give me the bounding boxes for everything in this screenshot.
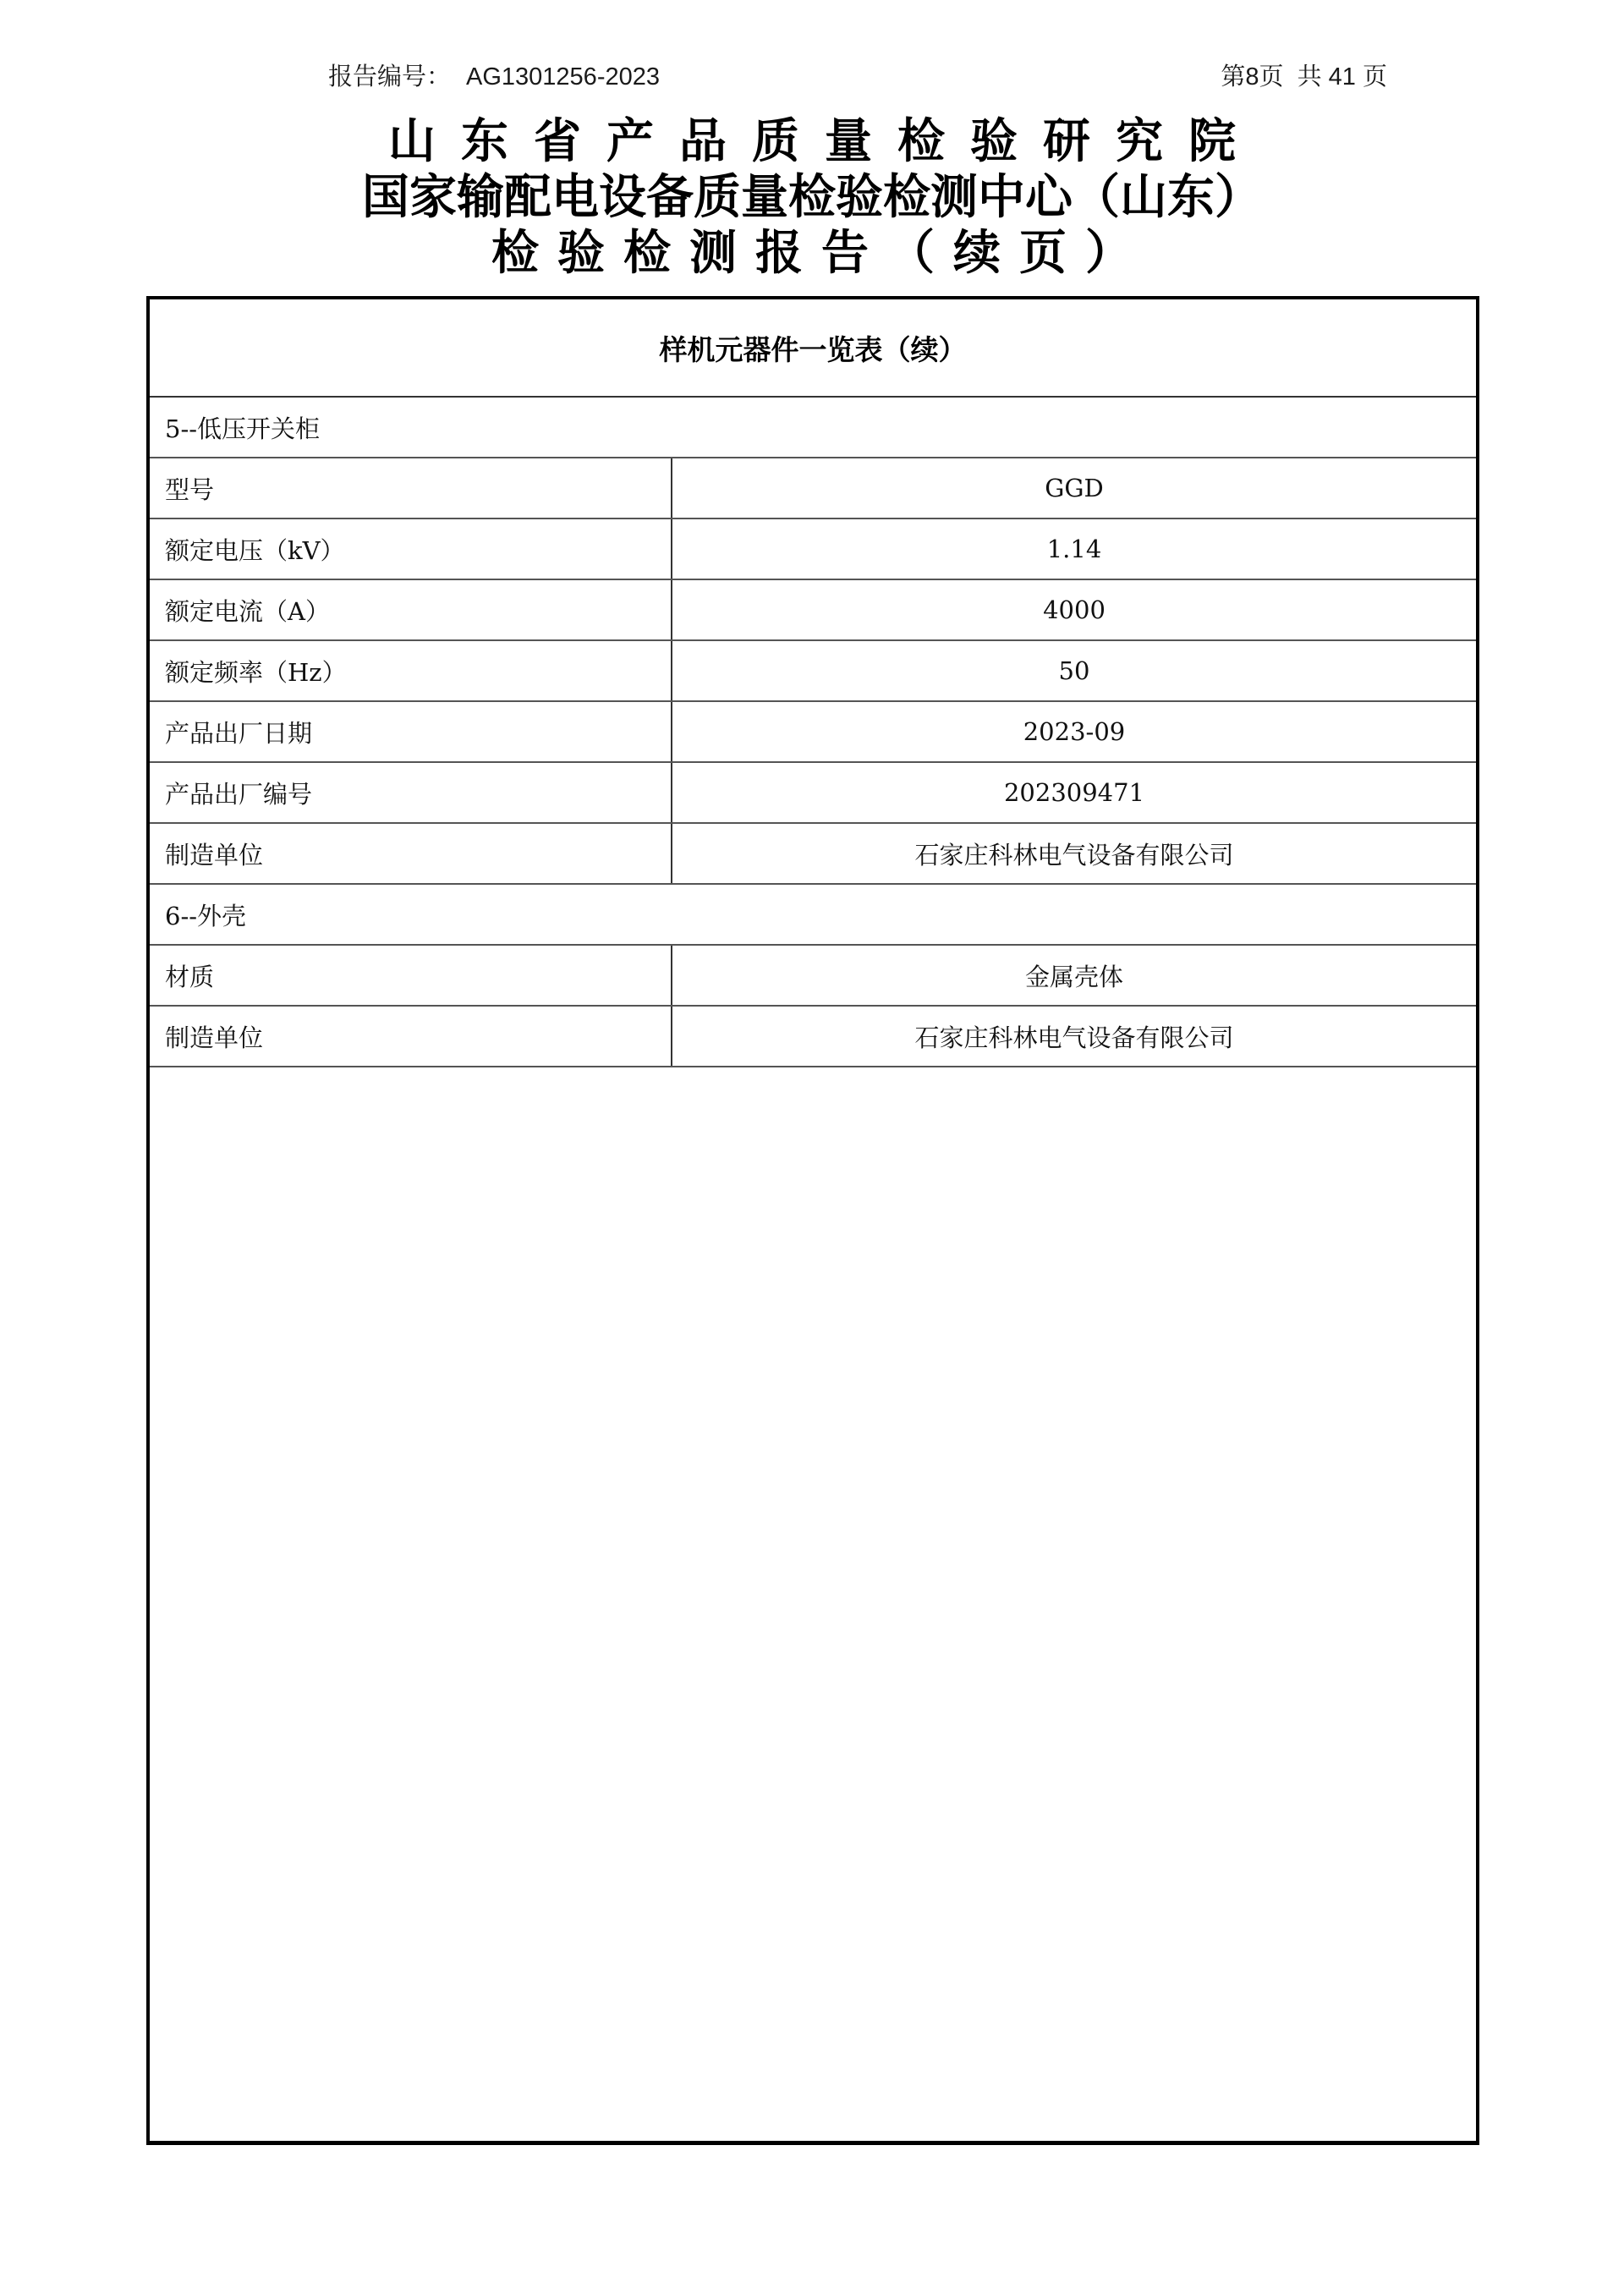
page-indicator: 第8页 共 41 页 [1221,58,1387,92]
row-label: 额定电压（kV） [150,519,672,579]
row-value: 202309471 [672,763,1476,822]
row-value: 4000 [672,580,1476,639]
row-value: 2023-09 [672,702,1476,761]
row-label: 产品出厂日期 [150,702,672,761]
page-header: 报告编号：AG1301256-2023 第8页 共 41 页 [328,58,1387,91]
section-heading-low-voltage-switchgear: 5--低压开关柜 [150,398,1476,458]
row-value: 50 [672,641,1476,700]
table-row: 产品出厂日期 2023-09 [150,702,1476,763]
table-title: 样机元器件一览表（续） [150,299,1476,398]
table-row: 型号 GGD [150,458,1476,519]
row-label: 额定电流（A） [150,580,672,639]
table-row: 材质 金属壳体 [150,946,1476,1007]
table-row: 额定频率（Hz） 50 [150,641,1476,702]
table-row: 制造单位 石家庄科林电气设备有限公司 [150,1007,1476,1067]
row-value: 金属壳体 [672,946,1476,1005]
document-title: 山东省产品质量检验研究院 国家输配电设备质量检验检测中心（山东） 检验检测报告（… [0,114,1624,282]
report-number: 报告编号：AG1301256-2023 [328,58,660,92]
table-row: 额定电压（kV） 1.14 [150,519,1476,580]
report-number-value: AG1301256-2023 [466,63,660,91]
report-frame: 样机元器件一览表（续） 5--低压开关柜 型号 GGD 额定电压（kV） 1.1… [146,296,1479,2145]
row-value: 1.14 [672,519,1476,579]
row-label: 制造单位 [150,824,672,883]
section-heading-enclosure: 6--外壳 [150,885,1476,946]
row-label: 材质 [150,946,672,1005]
row-label: 型号 [150,458,672,518]
table-row: 制造单位 石家庄科林电气设备有限公司 [150,824,1476,885]
row-label: 产品出厂编号 [150,763,672,822]
table-row: 产品出厂编号 202309471 [150,763,1476,824]
row-label: 制造单位 [150,1007,672,1066]
row-value: 石家庄科林电气设备有限公司 [672,824,1476,883]
row-label: 额定频率（Hz） [150,641,672,700]
row-value: GGD [672,458,1476,518]
center-name: 国家输配电设备质量检验检测中心（山东） [0,170,1624,226]
table-row: 额定电流（A） 4000 [150,580,1476,641]
components-table: 样机元器件一览表（续） 5--低压开关柜 型号 GGD 额定电压（kV） 1.1… [150,299,1476,1067]
report-number-label: 报告编号： [328,63,451,91]
report-type: 检验检测报告（续页） [0,226,1624,282]
row-value: 石家庄科林电气设备有限公司 [672,1007,1476,1066]
institute-name: 山东省产品质量检验研究院 [0,114,1624,170]
